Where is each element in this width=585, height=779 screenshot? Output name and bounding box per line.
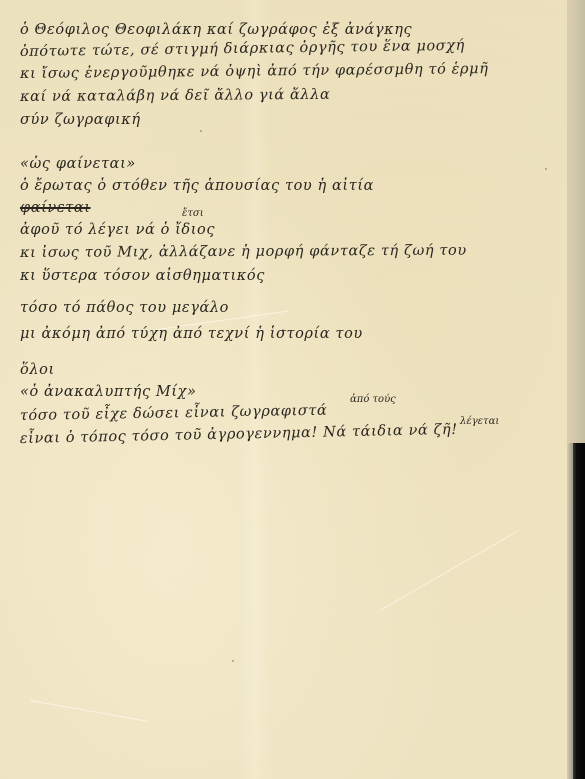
- text-line-10: κι ἰσως τοῦ Μιχ, ἀλλάζανε ἡ μορφή φάνταζ…: [20, 243, 467, 261]
- interlinear-note: ἔτσι: [182, 208, 204, 219]
- text-line-8-struck: φαίνεται: [20, 200, 91, 216]
- text-line-2: ὁπότωτε τώτε, σέ στιγμή διάρκιας ὀργῆς τ…: [20, 38, 465, 60]
- text-line-11: κι ὕστερα τόσον αἰσθηματικός: [20, 268, 265, 284]
- ink-speck: [232, 660, 234, 662]
- text-line-9: ἀφοῦ τό λέγει νά ὁ ἴδιος: [20, 222, 215, 238]
- text-line-12: τόσο τό πάθος του μεγάλο: [20, 300, 229, 316]
- text-line-17: εἶναι ὁ τόπος τόσο τοῦ ἀγρογεννημα! Νά τ…: [20, 422, 458, 447]
- manuscript-page: ὁ Θεόφιλος Θεοφιλάκη καί ζωγράφος ἐξ ἀνά…: [0, 0, 585, 779]
- text-line-4: καί νά καταλάβη νά δεῖ ἄλλο γιά ἄλλα: [20, 87, 331, 105]
- text-line-5: σύν ζωγραφική: [20, 112, 141, 128]
- paper-crease: [30, 700, 148, 722]
- text-line-7: ὁ ἔρωτας ὁ στόθεν τῆς ἁπουσίας του ἡ αἰτ…: [20, 178, 374, 194]
- text-line-6: «ὡς φαίνεται»: [20, 156, 136, 172]
- text-line-14: ὅλοι: [20, 362, 55, 378]
- scan-edge-shadow: [573, 443, 585, 779]
- text-line-13: μι ἀκόμη ἀπό τύχη ἀπό τεχνί ἡ ἱστορία το…: [20, 326, 363, 342]
- paper-fold: [240, 0, 270, 779]
- text-line-16: τόσο τοῦ εἶχε δώσει εἶναι ζωγραφιστά: [20, 403, 328, 424]
- text-line-3: κι ἴσως ἐνεργοῦμθηκε νά ὀψηὶ ἀπό τήν φαρ…: [20, 61, 489, 82]
- text-line-1: ὁ Θεόφιλος Θεοφιλάκη καί ζωγράφος ἐξ ἀνά…: [20, 22, 412, 38]
- ink-speck: [200, 130, 202, 132]
- interlinear-note: λέγεται: [460, 416, 499, 427]
- text-line-15: «ὁ ἀνακαλυπτής Μίχ»: [20, 384, 196, 400]
- ink-speck: [545, 168, 547, 170]
- paper-crease: [380, 530, 519, 611]
- interlinear-note: ἀπό τούς: [350, 394, 396, 405]
